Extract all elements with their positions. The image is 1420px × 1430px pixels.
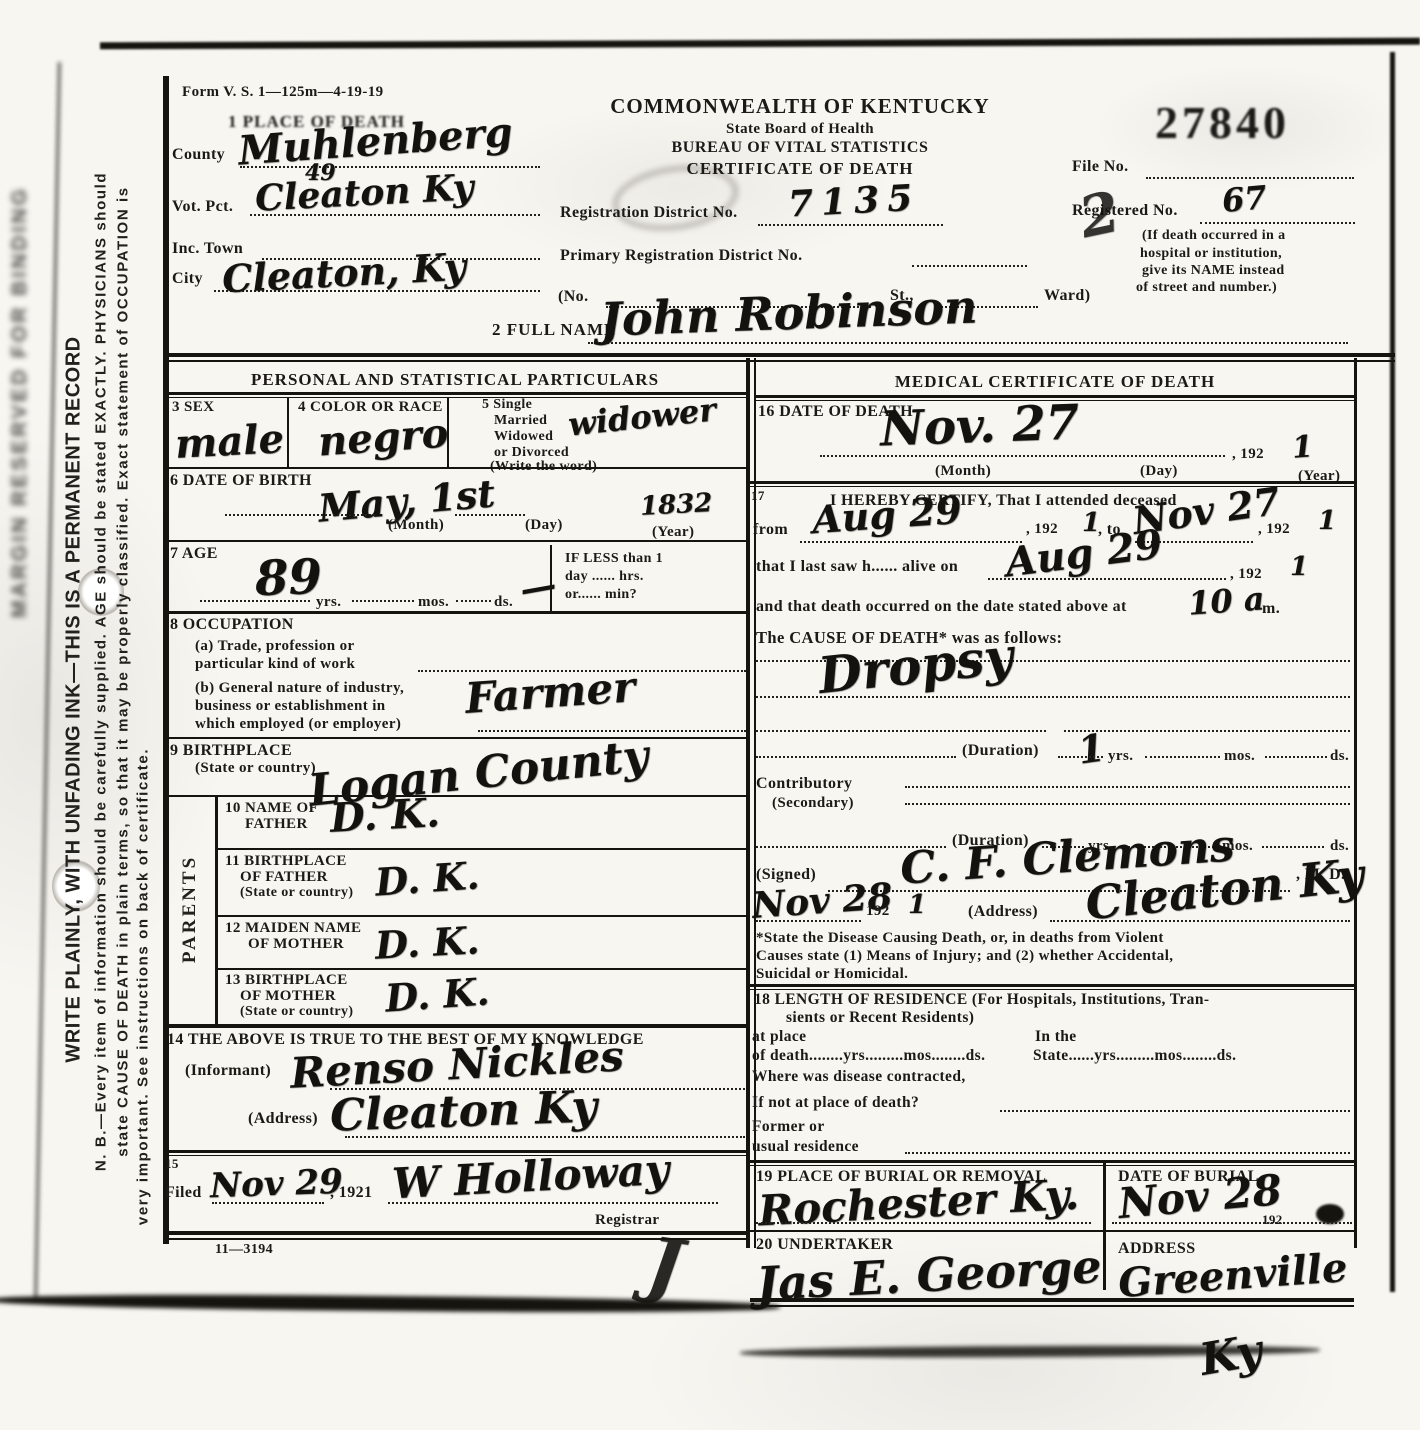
county-label: County <box>172 146 225 164</box>
age-value: 89 <box>254 549 323 607</box>
ink-blob <box>1316 1204 1344 1224</box>
certificate-title: CERTIFICATE OF DEATH <box>560 159 1040 179</box>
age-ds-caption: ds. <box>494 594 513 611</box>
street-no-label: (No. <box>558 288 588 306</box>
father-birthplace-value: D. K. <box>374 852 481 904</box>
duration1-label: (Duration) <box>962 742 1039 760</box>
informant-address-line <box>345 1136 745 1138</box>
birthplace-label: 9 BIRTHPLACE <box>170 742 292 760</box>
occupation-b-line3: which employed (or employer) <box>195 716 401 733</box>
date-of-death-year-value: 1 <box>1291 429 1314 465</box>
mother-birthplace-value: D. K. <box>384 968 491 1020</box>
dob-day-caption: (Day) <box>525 517 563 534</box>
center-divider-outer <box>746 358 750 1248</box>
header-bottom-rule <box>163 353 1395 362</box>
form-left-border <box>163 76 169 1244</box>
attended-from-line <box>800 541 1022 543</box>
death-occurred-label: and that death occurred on the date stat… <box>756 598 1127 616</box>
dob-line-day <box>455 514 525 516</box>
former-line <box>905 1152 1350 1154</box>
registration-district-value: 7135 <box>787 177 921 226</box>
age-mos-caption: mos. <box>418 594 449 611</box>
death-time-value: 10 a <box>1187 579 1266 622</box>
burial-column-divider <box>1103 1162 1106 1290</box>
commonwealth-title: COMMONWEALTH OF KENTUCKY <box>560 94 1040 119</box>
filed-date-value: Nov 29 <box>209 1162 343 1207</box>
cause-line-3a <box>756 730 1046 732</box>
if-less-line1: IF LESS than 1 <box>565 551 663 567</box>
filed-date-line <box>212 1202 324 1204</box>
paper-fold-line <box>34 62 61 1300</box>
mother-birthplace-label2: OF MOTHER <box>240 988 336 1005</box>
dob-line-month <box>225 514 375 516</box>
registered-no-value: 67 <box>1220 178 1268 220</box>
hospital-note-line1: (If death occurred in a <box>1142 228 1286 244</box>
father-birthplace-label1: 11 BIRTHPLACE <box>225 853 347 870</box>
age-dash-mark: — <box>517 563 560 611</box>
sex-value: male <box>174 415 285 468</box>
if-less-line2: day ...... hrs. <box>565 569 644 585</box>
marital-label-2: Married <box>494 413 547 429</box>
row-dob-bottom <box>163 540 747 542</box>
at-place-line2: of death........yrs.........mos........d… <box>752 1047 985 1065</box>
registration-district-line <box>758 224 943 226</box>
death-certificate-scan: MARGIN RESERVED FOR BINDING WRITE PLAINL… <box>0 0 1420 1430</box>
duration1-ds: ds. <box>1330 748 1349 765</box>
burial-place-line <box>756 1222 1091 1224</box>
age-ds-line <box>456 600 491 602</box>
parents-divider <box>215 795 218 1025</box>
voting-precinct-value: Cleaton Ky <box>254 166 474 219</box>
plate-number: 11—3194 <box>215 1242 273 1258</box>
footnote-line3: Suicidal or Homicidal. <box>756 966 908 983</box>
attended-to-year: 1 <box>1318 506 1336 536</box>
hospital-note-line2: hospital or institution, <box>1140 246 1282 262</box>
scan-right-edge <box>1390 52 1395 1292</box>
if-less-line3: or...... min? <box>565 587 637 603</box>
personal-section-title: PERSONAL AND STATISTICAL PARTICULARS <box>163 370 747 390</box>
voting-precinct-line <box>250 214 540 216</box>
occupation-label: 8 OCCUPATION <box>170 616 294 634</box>
attended-from-label: from <box>753 521 788 539</box>
medical-bottom-rule <box>750 1298 1354 1307</box>
mother-birthplace-label1: 13 BIRTHPLACE <box>225 972 348 989</box>
city-value: Cleaton, Ky <box>221 244 467 302</box>
parents-row1-line <box>215 848 747 850</box>
occupation-b-line1: (b) General nature of industry, <box>195 680 404 697</box>
dob-year-caption: (Year) <box>652 524 694 541</box>
former-label-line2: usual residence <box>752 1138 859 1156</box>
duration1-mos: mos. <box>1224 748 1255 765</box>
city-label: City <box>172 270 203 288</box>
occupation-b-line2: business or establishment in <box>195 698 386 715</box>
section15-number: 15 <box>165 1156 179 1172</box>
marital-label-1: 5 Single <box>482 397 532 413</box>
file-stamp-number: 27840 <box>1155 96 1290 149</box>
occupation-a-line2: particular kind of work <box>195 656 355 673</box>
filed-label: Filed <box>165 1184 202 1202</box>
row-occupation-bottom <box>163 737 747 739</box>
occupation-a-line1: (a) Trade, profession or <box>195 638 355 655</box>
hospital-note-line4: of street and number.) <box>1136 280 1277 296</box>
former-label-line1: Former or <box>752 1118 825 1136</box>
residence-label-line2: sients or Recent Residents) <box>786 1009 974 1027</box>
duration1-yrs-line <box>1058 756 1103 758</box>
scan-top-edge <box>100 38 1420 50</box>
medical-section-title: MEDICAL CERTIFICATE OF DEATH <box>755 372 1355 392</box>
section17-number: 17 <box>751 488 765 504</box>
margin-binding-note: MARGIN RESERVED FOR BINDING <box>8 52 32 752</box>
file-no-label: File No. <box>1072 158 1129 176</box>
informant-label: (Informant) <box>185 1062 271 1080</box>
duration1-lead-line <box>756 756 956 758</box>
father-name-label2: FATHER <box>245 816 308 833</box>
father-birthplace-label2: OF FATHER <box>240 869 328 886</box>
dob-year-value: 1832 <box>639 488 713 522</box>
contributory-line-2 <box>905 803 1350 805</box>
duration1-yrs: yrs. <box>1108 748 1133 765</box>
last-saw-alive-label: that I last saw h...... alive on <box>756 558 958 576</box>
father-birthplace-label3: (State or country) <box>240 885 353 901</box>
date-of-death-value: Nov. 27 <box>879 395 1080 458</box>
registered-no-line <box>1200 222 1355 224</box>
voting-precinct-label: Vot. Pct. <box>172 198 233 216</box>
sex-color-divider <box>287 398 289 468</box>
full-name-value: John Robinson <box>599 279 978 346</box>
attended-to-192: , 192 <box>1258 521 1290 538</box>
age-mos-line <box>352 600 414 602</box>
date-of-death-192: , 192 <box>1232 446 1264 463</box>
attended-from-value: Aug 29 <box>811 487 964 542</box>
undertaker-top-line <box>750 1230 1354 1232</box>
dob-month-caption: (Month) <box>388 517 444 534</box>
informant-address-value: Cleaton Ky <box>329 1081 598 1141</box>
signed-year: 1 <box>908 890 926 920</box>
in-the-line1: In the <box>1035 1028 1077 1046</box>
parents-vertical-label: PARENTS <box>179 829 201 989</box>
last-saw-year: 1 <box>1290 552 1308 582</box>
mother-name-label1: 12 MAIDEN NAME <box>225 920 361 937</box>
right-column-border <box>1354 358 1357 1248</box>
duration1-ds-line <box>1265 756 1327 758</box>
informant-address-label: (Address) <box>248 1110 318 1128</box>
at-place-line1: at place <box>752 1028 806 1046</box>
contributory-line-1 <box>905 786 1350 788</box>
signed-date-line <box>756 920 861 922</box>
duration2-ds-line <box>1262 846 1324 848</box>
physician-address-label: (Address) <box>968 903 1038 921</box>
filed-year: , 1921 <box>330 1184 372 1202</box>
dod-month-caption: (Month) <box>935 463 991 480</box>
undertaker-address-state: Ky <box>1196 1325 1266 1386</box>
duration1-mos-line <box>1145 756 1220 758</box>
registrar-label: Registrar <box>595 1212 659 1229</box>
burial-date-line <box>1112 1222 1352 1224</box>
ward-label: Ward) <box>1044 287 1090 305</box>
form-number: Form V. S. 1—125m—4-19-19 <box>182 84 384 101</box>
occupation-value: Farmer <box>463 662 636 723</box>
father-name-value: D. K. <box>329 789 441 842</box>
disease-contracted-label: Where was disease contracted, <box>752 1068 966 1086</box>
age-label: 7 AGE <box>170 545 218 563</box>
mother-birthplace-label3: (State or country) <box>240 1004 353 1020</box>
row-birthplace-bottom <box>163 795 747 797</box>
bureau-subtitle: BUREAU OF VITAL STATISTICS <box>560 139 1040 157</box>
if-not-line <box>1000 1110 1350 1112</box>
footnote-line2: Causes state (1) Means of Injury; and (2… <box>756 948 1173 965</box>
primary-registration-label: Primary Registration District No. <box>560 247 802 265</box>
primary-registration-line <box>912 265 1027 267</box>
row-age-bottom <box>163 611 747 614</box>
signed-192: 192 <box>866 903 890 920</box>
burial-date-192: 192 <box>1262 1212 1283 1228</box>
father-name-label1: 10 NAME OF <box>225 800 318 817</box>
parents-row2-line <box>215 915 747 917</box>
full-name-label: 2 FULL NAME <box>492 320 616 340</box>
dod-day-caption: (Day) <box>1140 463 1178 480</box>
marital-label-3: Widowed <box>494 429 553 445</box>
burial-top-rule <box>750 1160 1354 1166</box>
sex-label: 3 SEX <box>172 399 214 416</box>
state-board-subtitle: State Board of Health <box>560 121 1040 138</box>
hospital-note-line3: give its NAME instead <box>1142 263 1285 279</box>
registrar-signature-line <box>388 1202 718 1204</box>
mother-name-label2: OF MOTHER <box>248 936 344 953</box>
margin-nb-note-line1: N. B.—Every item of information should b… <box>93 82 110 1262</box>
footnote-line1: *State the Disease Causing Death, or, in… <box>756 930 1164 947</box>
registration-district-label: Registration District No. <box>560 204 738 222</box>
marital-value: widower <box>566 390 717 443</box>
parents-bottom-rule <box>163 1024 747 1028</box>
residence-top-rule <box>750 984 1354 990</box>
death-time-m-caption: m. <box>1262 600 1280 618</box>
mother-name-value: D. K. <box>374 917 481 967</box>
occupation-b-line <box>478 730 746 732</box>
margin-write-plainly-note: WRITE PLAINLY, WITH UNFADING INK—THIS IS… <box>63 320 86 1080</box>
margin-nb-note-line3: very important. See instructions on back… <box>135 717 152 1257</box>
date-of-death-line <box>820 455 1225 457</box>
row-sex-bottom <box>163 467 747 469</box>
age-box-divider <box>550 545 552 612</box>
residence-label-line1: 18 LENGTH OF RESIDENCE (For Hospitals, I… <box>754 991 1209 1009</box>
if-not-label: If not at place of death? <box>752 1094 919 1112</box>
margin-nb-note-line2: state CAUSE OF DEATH in plain terms, so … <box>115 82 132 1262</box>
secondary-label: (Secondary) <box>772 795 854 812</box>
last-saw-alive-line <box>988 578 1226 580</box>
ink-flourish-registered: 2 <box>1074 179 1126 252</box>
birthplace-sublabel: (State or country) <box>195 760 316 777</box>
age-yrs-caption: yrs. <box>316 594 341 611</box>
cause-line-3b <box>1064 730 1350 732</box>
physician-address-line <box>1050 920 1350 922</box>
dob-label: 6 DATE OF BIRTH <box>170 472 312 490</box>
contributory-label: Contributory <box>756 775 852 793</box>
in-the-line2: State......yrs.........mos........ds. <box>1033 1047 1236 1065</box>
color-race-value: negro <box>317 410 450 466</box>
age-line <box>200 600 310 602</box>
